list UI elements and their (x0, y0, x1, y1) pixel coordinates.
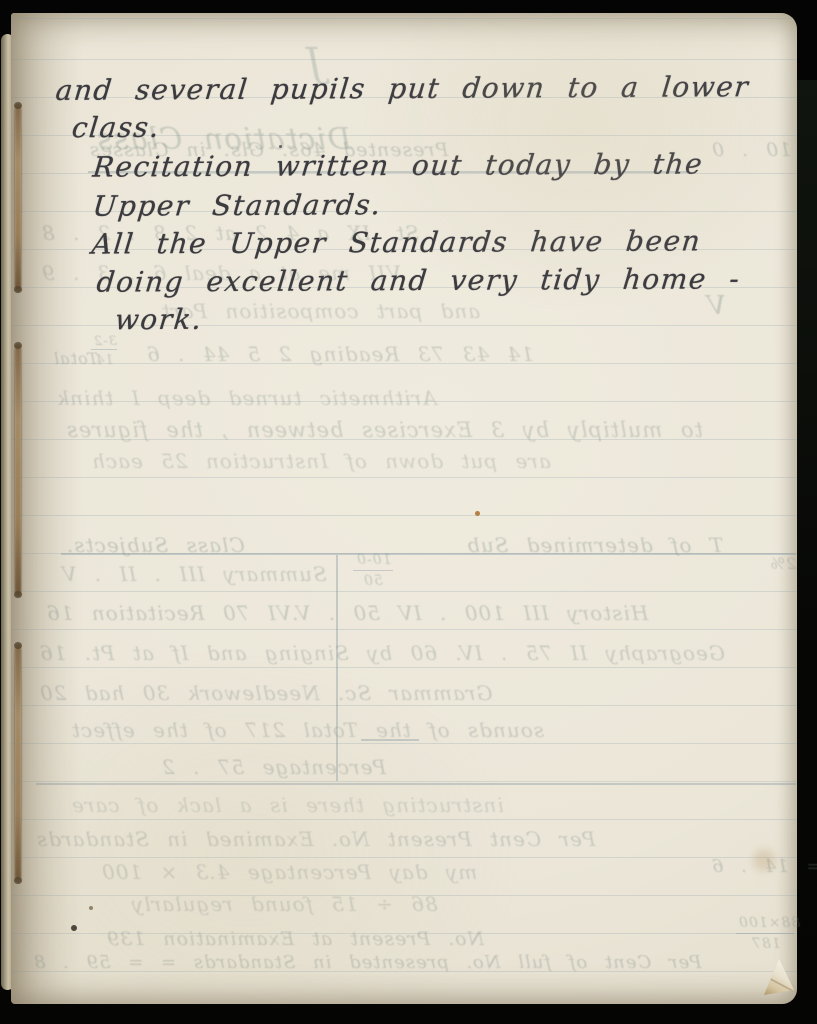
ghost-text-line: VII me at a deal 6 . 3 . 9 (41, 263, 401, 283)
binding-stitch (15, 105, 21, 290)
ghost-rule (336, 555, 338, 781)
handwriting-line: class. (71, 114, 162, 142)
paper-shading (11, 13, 797, 1004)
ghost-text-line: 187 (751, 937, 781, 951)
foxing-speck (71, 925, 77, 931)
ghost-text-line: my day Percentage 4.3 × 100 (101, 862, 477, 882)
ghost-rule (361, 739, 419, 741)
handwriting-block: and several pupils put down to a lower c… (11, 13, 797, 1004)
ghost-text-line: instructing there is a lack of care (71, 795, 504, 815)
ghost-text-line: Arithmetic turned deep I think (56, 388, 437, 408)
ghost-text-line: History III 100 . IV 50 . V.VI 70 Recita… (46, 603, 648, 623)
ghost-text-line: Class Subjects. (66, 535, 245, 555)
ghost-text-line: Total (53, 351, 98, 367)
ghost-text-line: J (306, 43, 323, 83)
ghost-text-line: to multiply by 3 Exercises between , the… (66, 420, 703, 441)
foxing-speck (89, 906, 93, 910)
corner-fold (764, 959, 794, 995)
ghost-rule (353, 570, 393, 571)
scanned-notebook-photo: JDictation ClassPresented 46s. Gls. in C… (0, 0, 817, 1024)
ruled-lines (11, 13, 797, 1004)
ghost-text-line: Per Cent Present No. Examined in Standar… (36, 829, 595, 849)
foxing-speck (279, 145, 282, 148)
handwriting-line: All the Upper Standards have been (90, 227, 702, 258)
handwriting-line: work. (114, 306, 204, 334)
notebook-page: JDictation ClassPresented 46s. Gls. in C… (11, 13, 797, 1004)
ghost-rule (61, 553, 796, 555)
ghost-text-line: 50 (363, 574, 383, 588)
ghost-rule (88, 171, 688, 173)
ghost-text-line: 10-0 (356, 553, 391, 567)
handwriting-line: Recitation written out today by the (91, 150, 704, 181)
ghost-text-line: Grammar Sc. Needlework 30 had 20 (39, 683, 492, 703)
ghost-text-line: V (706, 293, 726, 319)
ghost-text-line: are put down of Instruction 25 each (91, 451, 551, 471)
ghost-text-line: 14 43 73 Reading 2 5 44 . 6 (146, 344, 534, 364)
foxing-speck (753, 849, 775, 871)
ghost-text-line: Summary III . II . V (61, 564, 327, 584)
ghost-text-line: 2% (769, 556, 796, 572)
ghost-text-line: St. IX a 4 2 at 2 8 . 2 . 8 (41, 223, 419, 243)
ghost-text-line: Per Cent of full No. presented in Standa… (33, 954, 702, 972)
bleed-through-layer: JDictation ClassPresented 46s. Gls. in C… (11, 13, 797, 1004)
ghost-text-line: Percentage 57 . 2 (161, 757, 386, 777)
ghost-text-line: T of determined Sub (466, 535, 723, 555)
ghost-text-line: 10 . 0 (711, 141, 791, 160)
foxing-speck (475, 511, 480, 516)
ghost-text-line: No. Present at Examination 139 (106, 930, 484, 949)
handwriting-line: and several pupils put down to a lower (54, 73, 750, 105)
ghost-rule (736, 933, 794, 934)
ghost-rule (36, 783, 796, 785)
handwriting-line: Upper Standards. (92, 191, 384, 221)
ghost-text-line: Geography II 75 . IV. 60 by Singing and … (39, 643, 725, 663)
ghost-text-line: 3-2 (93, 335, 117, 348)
ghost-text-line: Dictation Class (96, 125, 351, 155)
ghost-text-line: 14 (95, 354, 114, 367)
ghost-text-line: 88×100 (738, 916, 800, 930)
ghost-text-line: 86 ÷ 15 found regularly (131, 894, 438, 914)
ghost-rule (91, 349, 117, 350)
binding-stitch (15, 345, 21, 595)
binding-stitch (15, 645, 21, 881)
ghost-text-line: sounds of the Total 217 of the effect (71, 720, 544, 740)
ghost-text-line: and part composition Part (161, 301, 480, 321)
handwriting-line: doing excellent and very tidy home - (95, 265, 741, 296)
ghost-text-line: Presented 46s. Gls. in Classes (89, 141, 448, 160)
